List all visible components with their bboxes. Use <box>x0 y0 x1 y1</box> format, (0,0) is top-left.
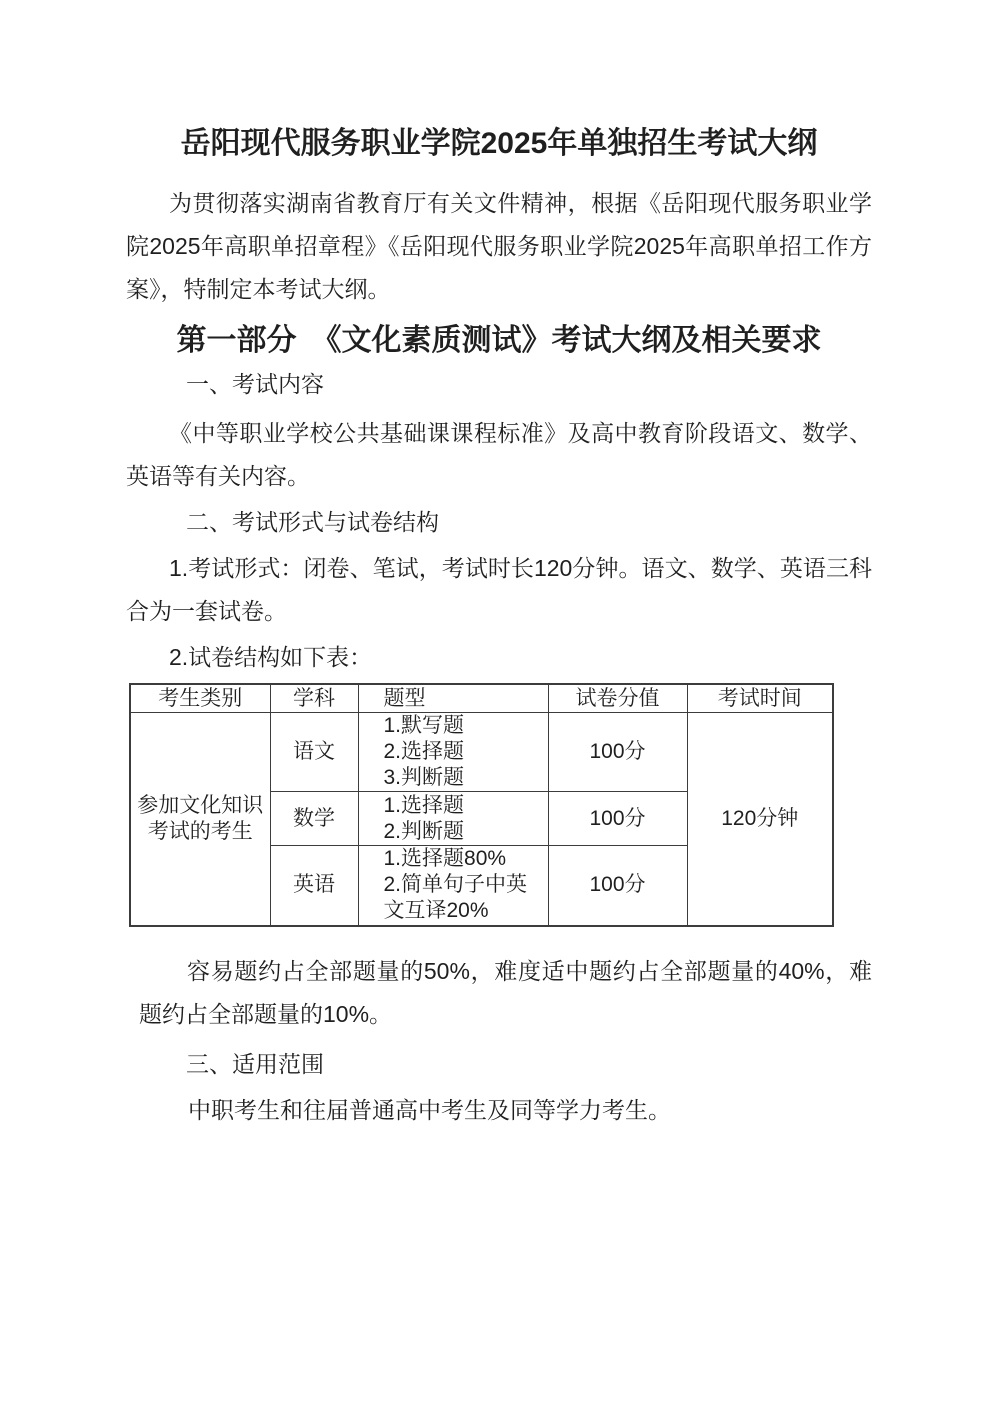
section1-body: 《中等职业学校公共基础课课程标准》及高中教育阶段语文、数学、英语等有关内容。 <box>126 412 872 498</box>
difficulty-note: 容易题约占全部题量的50%，难度适中题约占全部题量的40%，难题约占全部题量的1… <box>139 950 872 1036</box>
subject-cell-chinese: 语文 <box>270 713 358 792</box>
section2-exam-format: 1.考试形式：闭卷、笔试，考试时长120分钟。语文、数学、英语三科合为一套试卷。 <box>126 547 872 633</box>
score-cell-math: 100分 <box>548 792 687 846</box>
document-page: 岳阳现代服务职业学院2025年单独招生考试大纲 为贯彻落实湖南省教育厅有关文件精… <box>0 0 1000 1414</box>
subject-cell-english: 英语 <box>270 846 358 926</box>
table-row-chinese: 参加文化知识考试的考生 语文 1.默写题 2.选择题 3.判断题 100分 12… <box>130 713 833 792</box>
score-cell-chinese: 100分 <box>548 713 687 792</box>
exam-duration-cell: 120分钟 <box>687 713 833 926</box>
question-type-line: 2.选择题 <box>384 739 544 765</box>
header-exam-time: 考试时间 <box>687 684 833 713</box>
score-cell-english: 100分 <box>548 846 687 926</box>
header-candidate-category: 考生类别 <box>130 684 270 713</box>
section1-label: 一、考试内容 <box>186 363 872 406</box>
subject-cell-math: 数学 <box>270 792 358 846</box>
section3-body: 中职考生和往届普通高中考生及同等学力考生。 <box>126 1089 872 1132</box>
candidate-category-cell: 参加文化知识考试的考生 <box>130 713 270 926</box>
question-type-line: 3.判断题 <box>384 765 544 791</box>
question-types-cell-chinese: 1.默写题 2.选择题 3.判断题 <box>358 713 548 792</box>
header-paper-score: 试卷分值 <box>548 684 687 713</box>
question-types-cell-math: 1.选择题 2.判断题 <box>358 792 548 846</box>
question-type-line: 1.默写题 <box>384 713 544 739</box>
question-type-line: 2.简单句子中英文互译20% <box>384 872 544 924</box>
section2-table-intro: 2.试卷结构如下表： <box>126 636 872 679</box>
header-subject: 学科 <box>270 684 358 713</box>
exam-structure-table: 考生类别 学科 题型 试卷分值 考试时间 参加文化知识考试的考生 语文 1.默写… <box>129 683 834 927</box>
header-question-type: 题型 <box>358 684 548 713</box>
section3-label: 三、适用范围 <box>186 1043 872 1086</box>
question-types-cell-english: 1.选择题80% 2.简单句子中英文互译20% <box>358 846 548 926</box>
document-title: 岳阳现代服务职业学院2025年单独招生考试大纲 <box>126 122 872 166</box>
intro-paragraph: 为贯彻落实湖南省教育厅有关文件精神，根据《岳阳现代服务职业学院2025年高职单招… <box>126 182 872 311</box>
part1-heading: 第一部分 《文化素质测试》考试大纲及相关要求 <box>126 319 872 363</box>
section2-label: 二、考试形式与试卷结构 <box>186 501 872 544</box>
question-type-line: 1.选择题80% <box>384 846 544 872</box>
table-header-row: 考生类别 学科 题型 试卷分值 考试时间 <box>130 684 833 713</box>
question-type-line: 2.判断题 <box>384 819 544 845</box>
question-type-line: 1.选择题 <box>384 793 544 819</box>
candidate-category-text: 参加文化知识考试的考生 <box>134 793 266 845</box>
